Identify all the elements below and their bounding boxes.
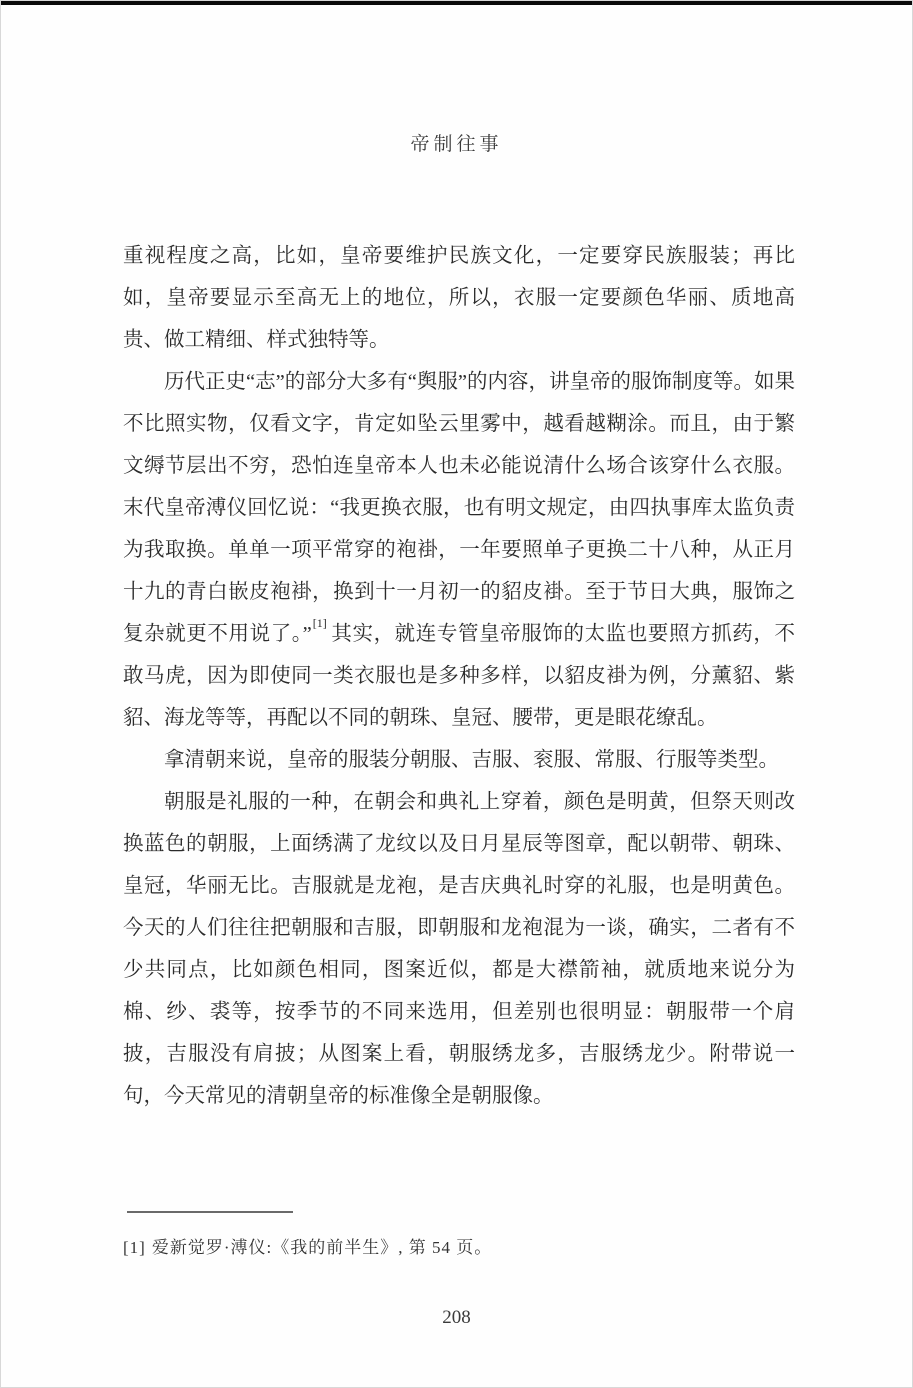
footnote-area: [1]爱新觉罗·溥仪:《我的前半生》, 第 54 页。 <box>123 1211 795 1258</box>
footnote-reference-marker: [1] <box>313 616 327 630</box>
running-header-title: 帝制往事 <box>1 129 912 156</box>
paragraph-3: 拿清朝来说，皇帝的服装分朝服、吉服、衮服、常服、行服等类型。 <box>123 739 795 781</box>
paragraph-4: 朝服是礼服的一种，在朝会和典礼上穿着，颜色是明黄，但祭天则改换蓝色的朝服，上面绣… <box>123 781 795 1117</box>
footnote-separator-rule <box>127 1211 293 1213</box>
footnote-marker: [1] <box>123 1238 146 1257</box>
book-page: 帝制往事 重视程度之高，比如，皇帝要维护民族文化，一定要穿民族服装；再比如，皇帝… <box>0 0 913 1388</box>
body-text-block: 重视程度之高，比如，皇帝要维护民族文化，一定要穿民族服装；再比如，皇帝要显示至高… <box>123 235 795 1117</box>
paragraph-2: 历代正史“志”的部分大多有“舆服”的内容，讲皇帝的服饰制度等。如果不比照实物，仅… <box>123 361 795 739</box>
paragraph-2-text-before-ref: 历代正史“志”的部分大多有“舆服”的内容，讲皇帝的服饰制度等。如果不比照实物，仅… <box>123 371 795 645</box>
paragraph-1: 重视程度之高，比如，皇帝要维护民族文化，一定要穿民族服装；再比如，皇帝要显示至高… <box>123 235 795 361</box>
footnote-citation: 爱新觉罗·溥仪:《我的前半生》, 第 54 页。 <box>152 1238 492 1257</box>
footnote-text: [1]爱新觉罗·溥仪:《我的前半生》, 第 54 页。 <box>123 1233 795 1258</box>
scan-edge-strip <box>1 1 912 5</box>
page-number: 208 <box>1 1307 912 1329</box>
